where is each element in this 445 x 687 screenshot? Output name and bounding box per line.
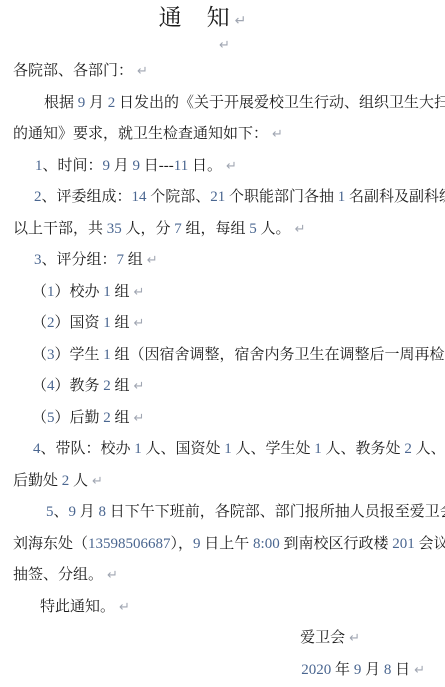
- line-text: （3）学生 1 组（因宿舍调整，宿舍内务卫生在调整后一周再检查）: [32, 347, 445, 363]
- line-text: 刘海东处（13598506687），9 日上午 8:00 到南校区行政楼 201…: [13, 536, 445, 552]
- line-text: 1、时间：9 月 9 日---11 日。: [35, 158, 222, 174]
- paragraph-mark: ↵: [291, 222, 306, 237]
- notice-title: 通 知: [159, 5, 231, 30]
- notice-line: 后勤处 2 人↵: [13, 466, 445, 498]
- paragraph-mark: ↵: [115, 600, 130, 615]
- paragraph-mark: ↵: [88, 474, 103, 489]
- line-text: 各院部、各部门：: [13, 63, 133, 79]
- line-text: （4）教务 2 组: [32, 378, 130, 394]
- paragraph-mark: ↵: [130, 285, 145, 300]
- line-text: 5、9 月 8 日下午下班前，各院部、部门报所抽人员报至爱卫会: [46, 504, 445, 520]
- notice-line: 1、时间：9 月 9 日---11 日。↵: [13, 151, 445, 183]
- notice-line: 3、评分组：7 组↵: [13, 245, 445, 277]
- notice-line: （1）校办 1 组↵: [13, 277, 445, 309]
- paragraph-mark: ↵: [143, 253, 158, 268]
- paragraph-mark: ↵: [410, 663, 425, 678]
- notice-line: 5、9 月 8 日下午下班前，各院部、部门报所抽人员报至爱卫会↵: [13, 497, 445, 529]
- line-text: 3、评分组：7 组: [34, 252, 143, 268]
- line-text: 根据 9 月 2 日发出的《关于开展爱校卫生行动、组织卫生大扫除: [44, 95, 445, 111]
- paragraph-mark: ↵: [130, 316, 145, 331]
- notice-line: （2）国资 1 组↵: [13, 308, 445, 340]
- notice-line: 各院部、各部门：↵: [13, 56, 445, 88]
- document-page: 通 知↵ ↵ 各院部、各部门：↵ 根据 9 月 2 日发出的《关于开展爱校卫生行…: [0, 0, 445, 687]
- notice-line: 4、带队：校办 1 人、国资处 1 人、学生处 1 人、教务处 2 人、↵: [13, 434, 445, 466]
- line-text: （2）国资 1 组: [32, 315, 130, 331]
- line-text: 爱卫会: [300, 630, 345, 646]
- paragraph-mark: ↵: [222, 159, 237, 174]
- line-text: 后勤处 2 人: [13, 473, 88, 489]
- paragraph-mark: ↵: [345, 631, 360, 646]
- line-text: 以上干部，共 35 人，分 7 组，每组 5 人。: [13, 221, 291, 237]
- paragraph-mark: ↵: [133, 64, 148, 79]
- paragraph-mark: ↵: [103, 568, 118, 583]
- paragraph-mark: ↵: [268, 127, 283, 142]
- notice-line: （3）学生 1 组（因宿舍调整，宿舍内务卫生在调整后一周再检查）↵: [13, 340, 445, 372]
- title-line: 通 知↵: [0, 0, 425, 36]
- paragraph-mark: ↵: [231, 13, 247, 29]
- line-text: 2020 年 9 月 8 日: [301, 662, 410, 678]
- notice-line: 爱卫会↵: [13, 623, 445, 655]
- empty-paragraph: ↵: [0, 36, 445, 56]
- paragraph-mark: ↵: [130, 411, 145, 426]
- line-text: （1）校办 1 组: [32, 284, 130, 300]
- line-text: 4、带队：校办 1 人、国资处 1 人、学生处 1 人、教务处 2 人、: [33, 441, 445, 457]
- notice-line: 根据 9 月 2 日发出的《关于开展爱校卫生行动、组织卫生大扫除: [13, 88, 445, 120]
- line-text: 抽签、分组。: [13, 567, 103, 583]
- notice-line: 刘海东处（13598506687），9 日上午 8:00 到南校区行政楼 201…: [13, 529, 445, 561]
- notice-line: 的通知》要求，就卫生检查通知如下：↵: [13, 119, 445, 151]
- line-text: 的通知》要求，就卫生检查通知如下：: [13, 126, 268, 142]
- paragraph-mark: ↵: [130, 379, 145, 394]
- notice-line: （4）教务 2 组↵: [13, 371, 445, 403]
- notice-line: （5）后勤 2 组↵: [13, 403, 445, 435]
- line-text: 2、评委组成：14 个院部、21 个职能部门各抽 1 名副科及副科级: [34, 189, 445, 205]
- notice-line: 以上干部，共 35 人，分 7 组，每组 5 人。↵: [13, 214, 445, 246]
- notice-line: 抽签、分组。↵: [13, 560, 445, 592]
- line-text: 特此通知。: [40, 599, 115, 615]
- notice-line: 2、评委组成：14 个院部、21 个职能部门各抽 1 名副科及副科级: [13, 182, 445, 214]
- notice-line: 2020 年 9 月 8 日↵: [13, 655, 445, 687]
- paragraph-mark: ↵: [215, 38, 230, 53]
- notice-line: 特此通知。↵: [13, 592, 445, 624]
- notice-body: 各院部、各部门：↵ 根据 9 月 2 日发出的《关于开展爱校卫生行动、组织卫生大…: [0, 56, 445, 686]
- line-text: （5）后勤 2 组: [32, 410, 130, 426]
